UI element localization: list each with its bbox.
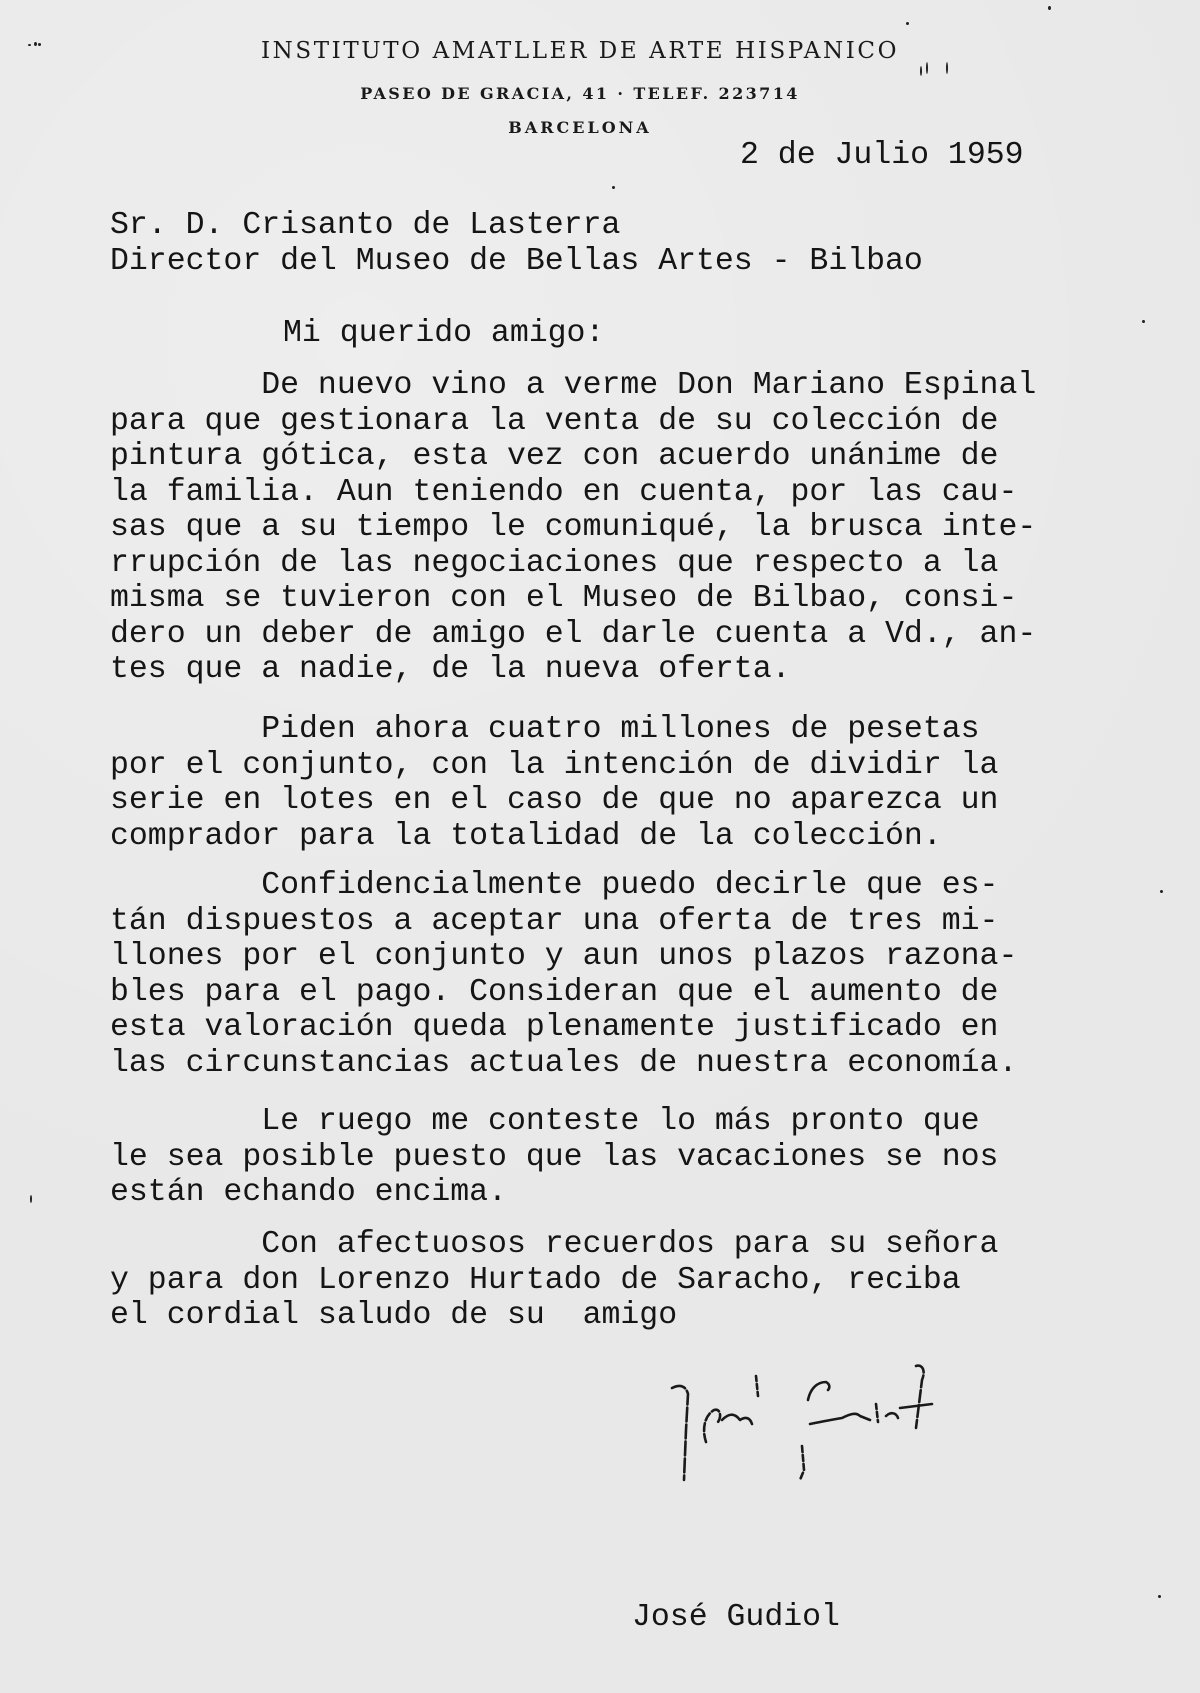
letter-date: 2 de Julio 1959 [740, 138, 1024, 174]
paragraph-line: tán dispuestos a aceptar una oferta de t… [110, 904, 998, 939]
paragraph-line: Con afectuosos recuerdos para su señora [110, 1227, 998, 1262]
typed-signature-name: José Gudiol [632, 1600, 840, 1636]
paragraph-line: están echando encima. [110, 1175, 507, 1210]
salutation: Mi querido amigo: [283, 316, 604, 352]
paragraph-line: las circunstancias actuales de nuestra e… [110, 1046, 1017, 1081]
paragraph-line: rrupción de las negociaciones que respec… [110, 546, 998, 581]
paragraph-line: esta valoración queda plenamente justifi… [110, 1010, 998, 1045]
paragraph-line: dero un deber de amigo el darle cuenta a… [110, 617, 1036, 652]
paragraph-line: De nuevo vino a verme Don Mariano Espina… [110, 368, 1036, 403]
recipient-line-1: Sr. D. Crisanto de Lasterra [110, 208, 620, 243]
letterhead-address: PASEO DE GRACIA, 41 · TELEF. 223714 [0, 84, 1180, 103]
paragraph-line: la familia. Aun teniendo en cuenta, por … [110, 475, 1017, 510]
paragraph: Piden ahora cuatro millones de pesetas p… [110, 712, 998, 854]
paragraph-line: bles para el pago. Consideran que el aum… [110, 975, 998, 1010]
paragraph: Con afectuosos recuerdos para su señora … [110, 1227, 998, 1334]
paragraph-line: sas que a su tiempo le comuniqué, la bru… [110, 510, 1036, 545]
handwritten-signature [660, 1350, 980, 1490]
paragraph-line: Le ruego me conteste lo más pronto que [110, 1104, 980, 1139]
paragraph-line: serie en lotes en el caso de que no apar… [110, 783, 998, 818]
paragraph: Confidencialmente puedo decirle que es- … [110, 868, 1017, 1081]
letter-page: INSTITUTO AMATLLER DE ARTE HISPANICO PAS… [0, 0, 1200, 1693]
paragraph-line: le sea posible puesto que las vacaciones… [110, 1140, 998, 1175]
paragraph-line: misma se tuvieron con el Museo de Bilbao… [110, 581, 1017, 616]
paragraph-line: y para don Lorenzo Hurtado de Saracho, r… [110, 1263, 961, 1298]
letterhead-institution: INSTITUTO AMATLLER DE ARTE HISPANICO [0, 38, 1180, 64]
paragraph: Le ruego me conteste lo más pronto que l… [110, 1104, 998, 1211]
paragraph-line: llones por el conjunto y aun unos plazos… [110, 939, 1017, 974]
paragraph-line: pintura gótica, esta vez con acuerdo uná… [110, 439, 998, 474]
paragraph: De nuevo vino a verme Don Mariano Espina… [110, 368, 1036, 688]
letterhead-city: BARCELONA [0, 118, 1180, 137]
paragraph-line: por el conjunto, con la intención de div… [110, 748, 998, 783]
paragraph-line: para que gestionara la venta de su colec… [110, 404, 998, 439]
recipient-line-2: Director del Museo de Bellas Artes - Bil… [110, 244, 923, 279]
paragraph-line: Confidencialmente puedo decirle que es- [110, 868, 998, 903]
paragraph-line: tes que a nadie, de la nueva oferta. [110, 652, 791, 687]
recipient-block: Sr. D. Crisanto de Lasterra Director del… [110, 208, 923, 279]
paragraph-line: Piden ahora cuatro millones de pesetas [110, 712, 980, 747]
paragraph-line: comprador para la totalidad de la colecc… [110, 819, 942, 854]
paragraph-line: el cordial saludo de su amigo [110, 1298, 677, 1333]
